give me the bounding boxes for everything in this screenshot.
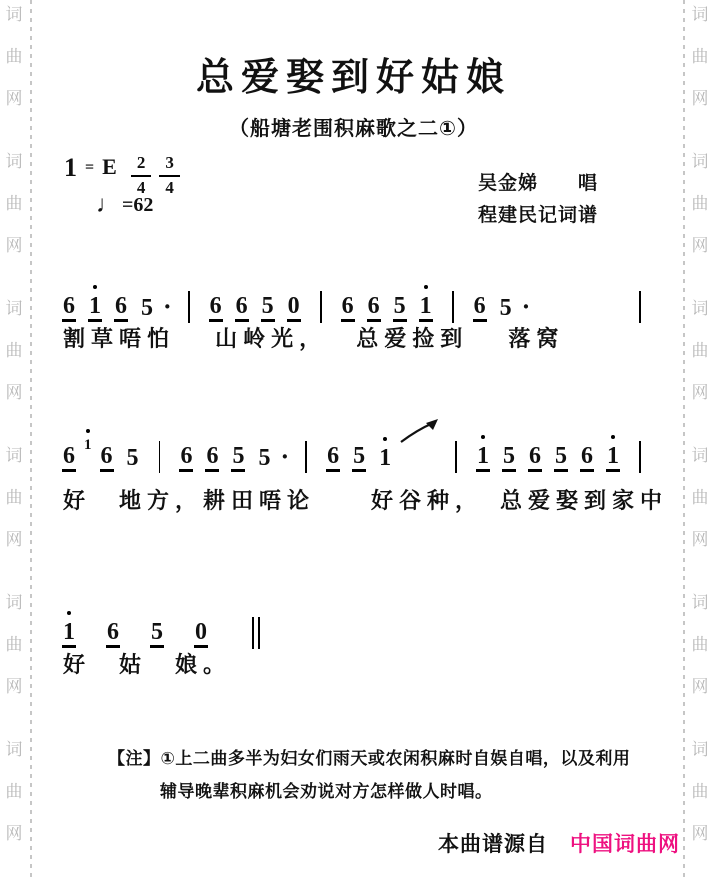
- barline: [305, 441, 307, 473]
- octave-dot: [67, 611, 71, 615]
- note-number: 6: [114, 294, 128, 322]
- watermark-char: 词: [2, 594, 26, 611]
- watermark-char: 网: [2, 678, 26, 695]
- note-1-high: 1: [62, 620, 76, 648]
- note-5: 5: [352, 444, 366, 472]
- note-number: 6: [209, 294, 223, 322]
- note-6: 6: [341, 294, 355, 322]
- note-5: 5: [554, 444, 568, 472]
- note-number: 1: [606, 444, 620, 472]
- note-number: 6: [100, 444, 114, 472]
- slide-up-arrow-icon: [398, 417, 442, 450]
- note-5: 5: [261, 294, 275, 322]
- note-number: 5: [502, 444, 516, 472]
- octave-dot: [611, 435, 615, 439]
- credits: 吴金娣 唱 程建民记词谱: [478, 168, 598, 232]
- note-number: 5: [352, 444, 366, 472]
- song-title: 总爱娶到好姑娘: [0, 46, 707, 101]
- note-5: 5: [257, 446, 271, 472]
- barline: [639, 441, 641, 473]
- note-6: 6: [62, 444, 76, 472]
- singer-name: 吴金娣: [478, 173, 538, 194]
- note-5: 5: [393, 294, 407, 322]
- watermark-char: 网: [688, 678, 707, 695]
- note-1-high: 1: [476, 444, 490, 472]
- time-signature-2-4: 2 4: [131, 154, 152, 197]
- augmentation-dot: ·: [163, 294, 172, 320]
- augmentation-dot: ·: [522, 294, 531, 320]
- source-site-link[interactable]: 中国词曲网: [570, 828, 680, 858]
- note-number: 6: [205, 444, 219, 472]
- note-number: 6: [235, 294, 249, 322]
- watermark-char: 曲: [2, 489, 26, 506]
- note-number: 1: [88, 294, 102, 322]
- source-prefix: 本曲谱源自: [438, 828, 548, 858]
- notation-line-2: 61656655·651156561: [62, 430, 648, 472]
- key-name: E: [102, 152, 117, 183]
- lyrics-line-3: 好 姑 娘。: [63, 648, 231, 679]
- sheet-music-page: 词曲网词曲网词曲网词曲网词曲网词曲网 词曲网词曲网词曲网词曲网词曲网词曲网 总爱…: [0, 0, 707, 881]
- key-tonic: 1: [64, 152, 77, 183]
- notation-line-1: 6165·6650665165·: [62, 280, 648, 322]
- watermark-char: 曲: [2, 342, 26, 359]
- watermark-char: 曲: [688, 489, 707, 506]
- watermark-char: 词: [688, 153, 707, 170]
- watermark-char: 曲: [688, 342, 707, 359]
- note-number: 6: [367, 294, 381, 322]
- note-0: 0: [287, 294, 301, 322]
- note-6: 6: [106, 620, 120, 648]
- meter-numerator: 3: [159, 154, 180, 177]
- notation-line-3: 1650: [62, 606, 648, 648]
- note-6: 6: [326, 444, 340, 472]
- note-number: 1: [476, 444, 490, 472]
- final-barline: [252, 617, 260, 649]
- watermark-char: 词: [688, 741, 707, 758]
- meter-numerator: 2: [131, 154, 152, 177]
- watermark-char: 词: [688, 6, 707, 23]
- note-6: 6: [367, 294, 381, 322]
- note-number: 6: [326, 444, 340, 472]
- key-equals: =: [85, 152, 94, 184]
- note-6: 6: [205, 444, 219, 472]
- note-number: 5: [140, 296, 154, 322]
- singer-role: 唱: [578, 173, 598, 194]
- note-6: 6: [473, 294, 487, 322]
- tempo-equals: =: [122, 194, 133, 217]
- note-1-high: 1: [606, 444, 620, 472]
- key-signature: 1 = E 2 4 3 4: [64, 152, 180, 197]
- singer-credit: 吴金娣 唱: [478, 168, 598, 200]
- note-6: 6: [235, 294, 249, 322]
- note-0: 0: [194, 620, 208, 648]
- note-6: 6: [179, 444, 193, 472]
- note-5: 5: [140, 296, 154, 322]
- octave-dot: [383, 437, 387, 441]
- note-number: 6: [62, 444, 76, 472]
- octave-dot: [481, 435, 485, 439]
- note-number: 5: [393, 294, 407, 322]
- watermark-char: 词: [2, 153, 26, 170]
- note-number: 1: [83, 438, 93, 453]
- note-5: 5: [502, 444, 516, 472]
- note-1-high: 1: [419, 294, 433, 322]
- note-number: 0: [287, 294, 301, 322]
- lyrics-line-1: 割草唔怕 山岭光， 总爱捡到 落窝: [63, 322, 564, 353]
- note-number: 5: [499, 296, 513, 322]
- watermark-char: 曲: [688, 636, 707, 653]
- footer-source: 本曲谱源自 中国词曲网: [0, 828, 680, 858]
- footnote: 【注】①上二曲多半为妇女们雨天或农闲积麻时自娱自唱，以及利用 辅导晚辈积麻机会劝…: [108, 742, 653, 808]
- note-number: 6: [341, 294, 355, 322]
- note-number: 6: [179, 444, 193, 472]
- watermark-char: 网: [2, 384, 26, 401]
- watermark-char: 曲: [2, 195, 26, 212]
- note-6: 6: [114, 294, 128, 322]
- watermark-char: 曲: [2, 783, 26, 800]
- note-5: 5: [499, 296, 513, 322]
- note-number: 5: [257, 446, 271, 472]
- note-number: 6: [580, 444, 594, 472]
- note-number: 5: [261, 294, 275, 322]
- barline: [188, 291, 190, 323]
- note-5: 5: [150, 620, 164, 648]
- note-6: 6: [100, 444, 114, 472]
- note-number: 5: [126, 446, 140, 472]
- note-number: 1: [378, 446, 392, 472]
- barline: [159, 441, 161, 473]
- watermark-char: 曲: [688, 783, 707, 800]
- watermark-char: 曲: [688, 195, 707, 212]
- barline: [320, 291, 322, 323]
- barline: [639, 291, 641, 323]
- note-6: 6: [209, 294, 223, 322]
- time-signature-3-4: 3 4: [159, 154, 180, 197]
- watermark-char: 网: [2, 237, 26, 254]
- watermark-char: 词: [2, 741, 26, 758]
- watermark-char: 网: [2, 531, 26, 548]
- note-6: 6: [62, 294, 76, 322]
- footnote-line-2: 辅导晚辈积麻机会劝说对方怎样做人时唱。: [160, 775, 653, 808]
- note-6: 6: [528, 444, 542, 472]
- barline: [455, 441, 457, 473]
- note-number: 5: [231, 444, 245, 472]
- watermark-char: 词: [2, 447, 26, 464]
- watermark-char: 词: [688, 300, 707, 317]
- watermark-char: 网: [688, 237, 707, 254]
- watermark-char: 词: [688, 447, 707, 464]
- tempo-marking: ♩ = 62: [96, 192, 153, 219]
- transcriber-credit: 程建民记词谱: [478, 200, 598, 232]
- watermark-char: 网: [688, 825, 707, 842]
- tempo-bpm: 62: [133, 194, 153, 217]
- note-5: 5: [231, 444, 245, 472]
- watermark-char: 词: [688, 594, 707, 611]
- note-number: 5: [150, 620, 164, 648]
- note-6: 6: [580, 444, 594, 472]
- lyrics-line-2: 好 地方，耕田唔论 好谷种， 总爱娶到家中: [63, 484, 668, 515]
- song-subtitle: （船塘老围积麻歌之二①）: [0, 112, 707, 141]
- watermark-char: 曲: [2, 636, 26, 653]
- quarter-note-icon: ♩: [96, 192, 120, 219]
- note-number: 0: [194, 620, 208, 648]
- watermark-char: 词: [2, 6, 26, 23]
- watermark-char: 词: [2, 300, 26, 317]
- note-number: 6: [473, 294, 487, 322]
- meter-denominator: 4: [159, 177, 180, 198]
- note-number: 6: [62, 294, 76, 322]
- watermark-char: 网: [688, 384, 707, 401]
- barline: [452, 291, 454, 323]
- footnote-line-1: 【注】①上二曲多半为妇女们雨天或农闲积麻时自娱自唱，以及利用: [108, 742, 653, 775]
- augmentation-dot: ·: [280, 444, 289, 470]
- octave-dot: [86, 429, 90, 433]
- octave-dot: [93, 285, 97, 289]
- note-5: 5: [126, 446, 140, 472]
- watermark-char: 网: [688, 531, 707, 548]
- note-number: 6: [528, 444, 542, 472]
- note-number: 1: [62, 620, 76, 648]
- note-number: 1: [419, 294, 433, 322]
- note-number: 6: [106, 620, 120, 648]
- note-1-high: 1: [378, 446, 392, 472]
- grace-note-1-high: 1: [83, 436, 93, 454]
- note-1-high: 1: [88, 294, 102, 322]
- octave-dot: [424, 285, 428, 289]
- note-number: 5: [554, 444, 568, 472]
